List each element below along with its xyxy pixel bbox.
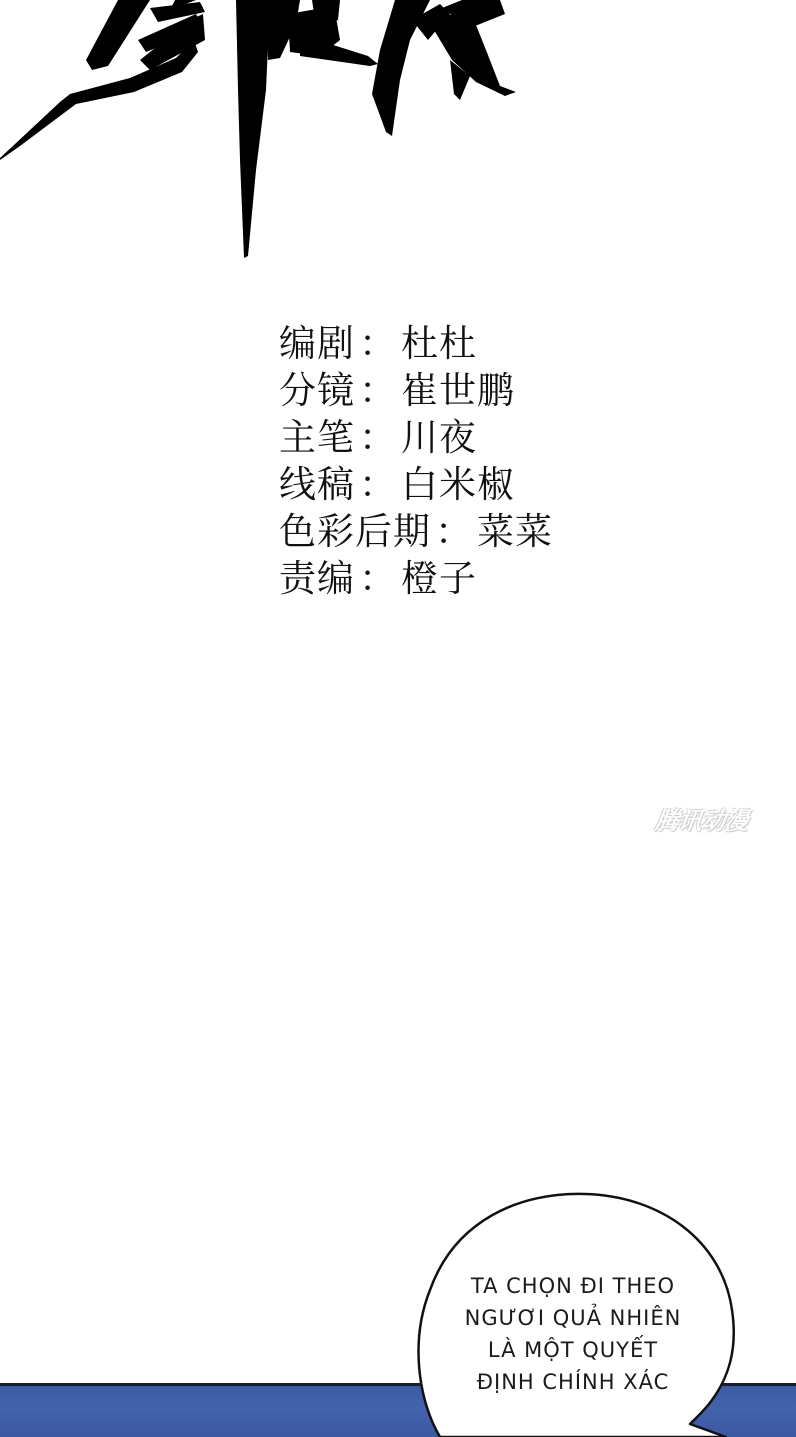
- credits-block: 编剧：杜杜 分镜：崔世鹏 主笔：川夜 线稿：白米椒 色彩后期：菜菜 责编：橙子: [279, 320, 553, 602]
- credit-separator: ：: [355, 555, 401, 602]
- title-calligraphy: [0, 0, 796, 270]
- credit-separator: ：: [355, 367, 401, 414]
- credit-name: 菜菜: [477, 510, 553, 553]
- credit-name: 崔世鹏: [401, 369, 515, 412]
- credit-row-screenwriter: 编剧：杜杜: [279, 320, 553, 367]
- credit-row-coloring: 色彩后期：菜菜: [279, 508, 553, 555]
- credit-row-lead-artist: 主笔：川夜: [279, 414, 553, 461]
- credit-separator: ：: [431, 508, 477, 555]
- credit-name: 杜杜: [401, 322, 477, 365]
- credit-role: 分镜: [279, 369, 355, 412]
- credit-name: 川夜: [401, 416, 477, 459]
- credit-name: 白米椒: [401, 463, 515, 506]
- bubble-line: NGƯƠI QUẢ NHIÊN: [436, 1302, 710, 1334]
- credit-role: 色彩后期: [279, 510, 431, 553]
- credit-row-storyboard: 分镜：崔世鹏: [279, 367, 553, 414]
- credit-role: 责编: [279, 557, 355, 600]
- credit-separator: ：: [355, 414, 401, 461]
- credit-name: 橙子: [401, 557, 477, 600]
- bubble-line: LÀ MỘT QUYẾT: [436, 1334, 710, 1366]
- credit-row-editor: 责编：橙子: [279, 555, 553, 602]
- bubble-line: TA CHỌN ĐI THEO: [436, 1270, 710, 1302]
- credit-row-line-art: 线稿：白米椒: [279, 461, 553, 508]
- watermark-logo: 腾讯动漫: [654, 801, 784, 831]
- bubble-line: ĐỊNH CHÍNH XÁC: [436, 1366, 710, 1398]
- credit-separator: ：: [355, 461, 401, 508]
- speech-bubble-text: TA CHỌN ĐI THEO NGƯƠI QUẢ NHIÊN LÀ MỘT Q…: [436, 1270, 710, 1398]
- credit-separator: ：: [355, 320, 401, 367]
- credit-role: 线稿: [279, 463, 355, 506]
- credit-role: 编剧: [279, 322, 355, 365]
- credit-role: 主笔: [279, 416, 355, 459]
